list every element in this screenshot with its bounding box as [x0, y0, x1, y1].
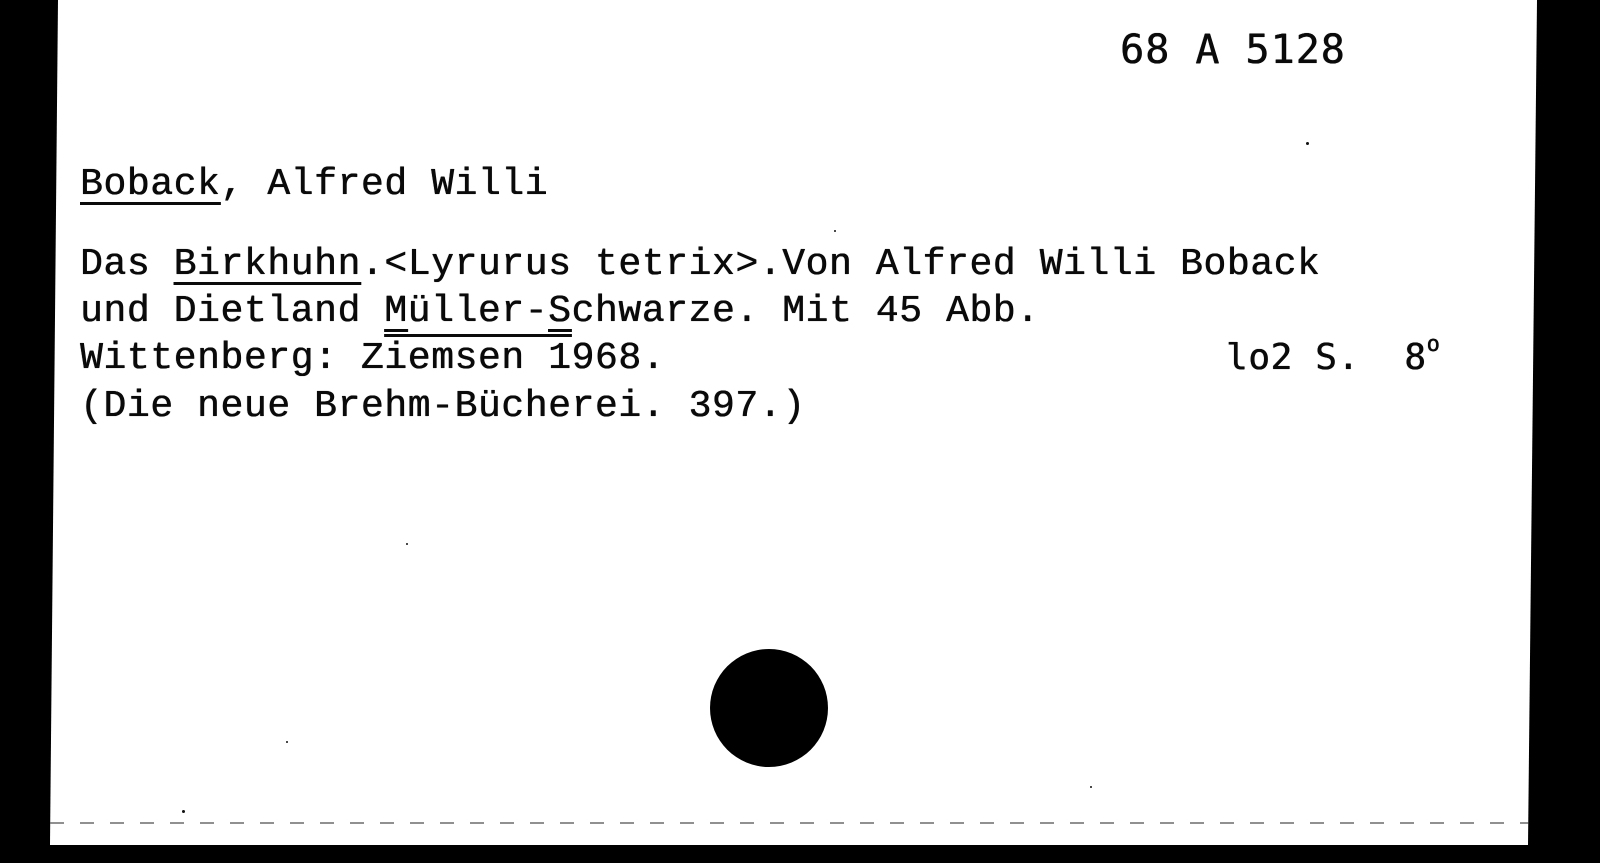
call-number: 68 A 5128	[1120, 30, 1346, 70]
card-bottom-edge	[50, 822, 1530, 824]
coauthor-name-part: üller-	[408, 290, 548, 333]
imprint-line: Wittenberg: Ziemsen 1968.	[80, 340, 665, 378]
scan-speck	[1090, 786, 1092, 788]
punch-hole	[710, 649, 828, 767]
year-rest: 968.	[572, 337, 666, 380]
title-word: Birkhuhn	[174, 243, 361, 286]
catalog-card: 68 A 5128 Boback, Alfred Willi Das Birkh…	[0, 0, 1600, 863]
responsibility-line: und Dietland Müller-Schwarze. Mit 45 Abb…	[80, 293, 1040, 331]
series-statement: (Die neue Brehm-Bücherei. 397.)	[80, 388, 806, 426]
format-superscript: o	[1427, 332, 1441, 357]
imprint-place: Wittenberg:	[80, 337, 361, 380]
responsibility-prefix: und Dietland	[80, 290, 384, 333]
publisher-rest: iemsen	[384, 337, 548, 380]
coauthor-initial-m: M	[384, 290, 407, 333]
scan-speck	[182, 810, 185, 813]
publisher-initial: Z	[361, 337, 384, 380]
scan-speck	[286, 741, 288, 743]
author-surname: Boback	[80, 163, 220, 206]
title-remainder: .<Lyrurus tetrix>.Von Alfred Willi Bobac…	[361, 243, 1321, 286]
collation: lo2 S. 8o	[1226, 340, 1440, 376]
format: 8	[1404, 337, 1426, 378]
page-count: lo2 S.	[1226, 337, 1360, 378]
author-heading: Boback, Alfred Willi	[80, 166, 548, 204]
coauthor-name-end: chwarze. Mit 45 Abb.	[572, 290, 1040, 333]
title-line: Das Birkhuhn.<Lyrurus tetrix>.Von Alfred…	[80, 246, 1320, 284]
year-first-digit: 1	[548, 337, 571, 380]
author-forenames: , Alfred Willi	[220, 163, 548, 206]
scan-speck	[1306, 142, 1309, 145]
scan-speck	[834, 230, 836, 232]
scan-speck	[406, 543, 408, 545]
coauthor-initial-s: S	[548, 290, 571, 333]
title-prefix: Das	[80, 243, 174, 286]
